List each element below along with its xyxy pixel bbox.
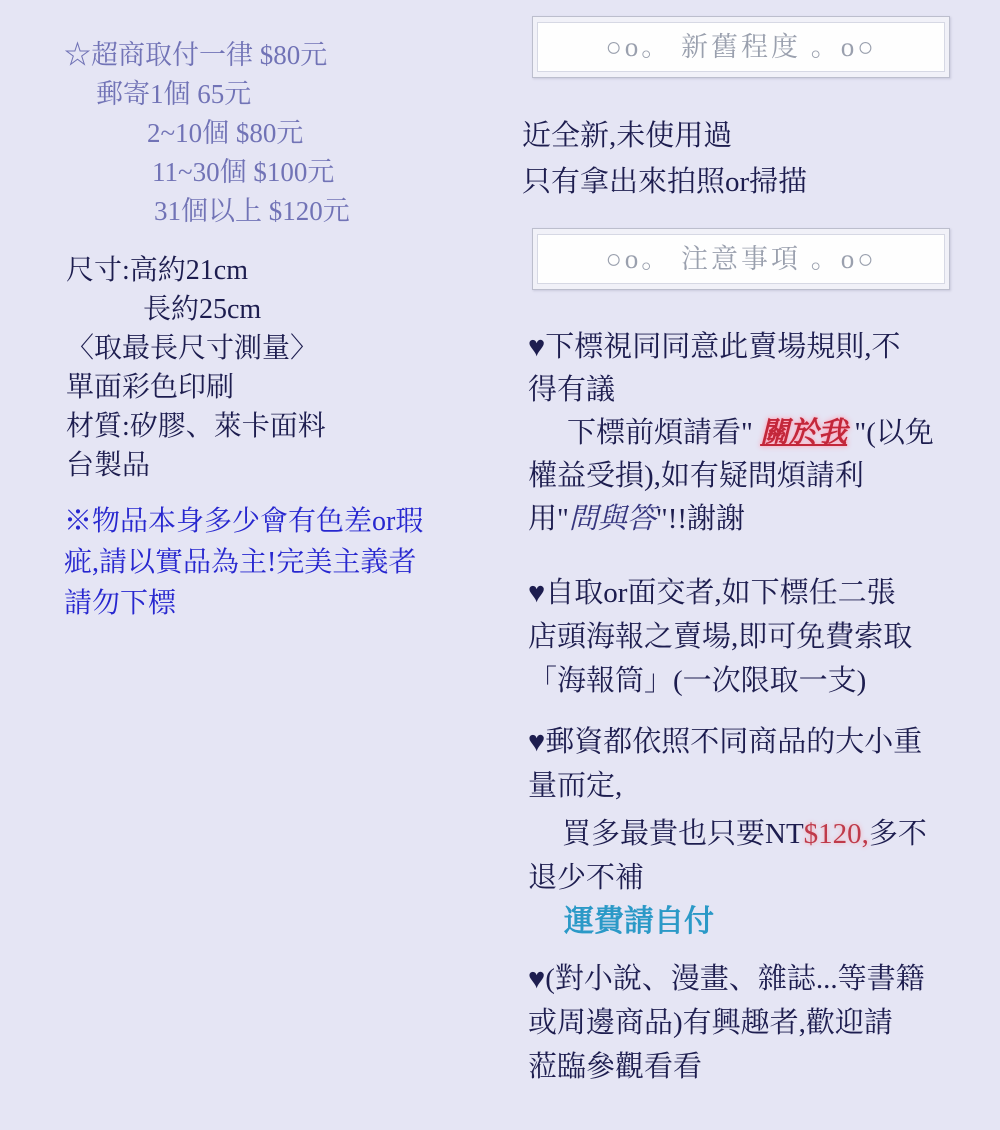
shipping-line-mail-2-10: 2~10個 $80元	[147, 114, 514, 153]
welcome-paragraph: ♥(對小說、漫畫、雜誌...等書籍 或周邊商品)有興趣者,歡迎請 蒞臨參觀看看	[528, 957, 960, 1089]
shipping-rates: ☆超商取付一律 $80元 郵寄1個 65元 2~10個 $80元 11~30個 …	[64, 36, 514, 231]
spec-measure-note: 〈取最長尺寸測量〉	[66, 329, 514, 368]
about-me-link[interactable]: 關於我	[760, 417, 847, 449]
shipping-line-mail-11-30: 11~30個 $100元	[152, 153, 514, 192]
spec-size-length: 長約25cm	[143, 290, 514, 329]
shipping-line-store-pickup: ☆超商取付一律 $80元	[64, 36, 514, 75]
condition-line-1: 近全新,未使用過	[522, 113, 960, 159]
condition-description: 近全新,未使用過 只有拿出來拍照or掃描	[522, 113, 960, 205]
shipping-line-mail-1: 郵寄1個 65元	[96, 75, 514, 114]
shipping-line-mail-31plus: 31個以上 $120元	[154, 192, 514, 231]
color-difference-warning: ※物品本身多少會有色差or瑕 疵,請以實品為主!完美主義者 請勿下標	[64, 501, 514, 624]
price-amount: $120,	[804, 818, 869, 850]
left-column: ☆超商取付一律 $80元 郵寄1個 65元 2~10個 $80元 11~30個 …	[64, 36, 514, 624]
banner-condition: ○o。 新舊程度 。o○	[532, 16, 950, 78]
about-post-text: "!!謝謝	[656, 503, 745, 535]
spec-size-height: 尺寸:高約21cm	[66, 251, 514, 290]
right-column: ○o。 新舊程度 。o○ 近全新,未使用過 只有拿出來拍照or掃描 ○o。 注意…	[522, 0, 960, 1089]
qa-mention: 問與答	[569, 503, 656, 535]
price-pre-text: 買多最貴也只要NT	[562, 818, 804, 850]
freight-note: 運費請自付	[528, 900, 960, 944]
postage-paragraph: ♥郵資都依照不同商品的大小重 量而定,	[528, 720, 960, 808]
pickup-paragraph: ♥自取or面交者,如下標任二張 店頭海報之賣場,即可免費索取 「海報筒」(一次限…	[528, 571, 960, 703]
product-specs: 尺寸:高約21cm 長約25cm 〈取最長尺寸測量〉 單面彩色印刷 材質:矽膠、…	[66, 251, 514, 485]
spec-origin: 台製品	[66, 446, 514, 485]
about-pre-text: 下標前煩請看"	[567, 417, 760, 449]
condition-line-2: 只有拿出來拍照or掃描	[522, 159, 960, 205]
rule-paragraph: ♥下標視同同意此賣場規則,不 得有議	[528, 326, 960, 412]
banner-condition-label: ○o。 新舊程度 。o○	[537, 22, 945, 72]
about-paragraph: 下標前煩請看" 關於我 "(以免 權益受損),如有疑問煩請利 用"問與答"!!謝…	[528, 412, 960, 541]
spec-material: 材質:矽膠、萊卡面料	[66, 407, 514, 446]
price-paragraph: 買多最貴也只要NT$120,多不 退少不補	[528, 812, 960, 900]
banner-notes: ○o。 注意事項 。o○	[532, 228, 950, 290]
banner-notes-label: ○o。 注意事項 。o○	[537, 234, 945, 284]
spec-print: 單面彩色印刷	[66, 368, 514, 407]
